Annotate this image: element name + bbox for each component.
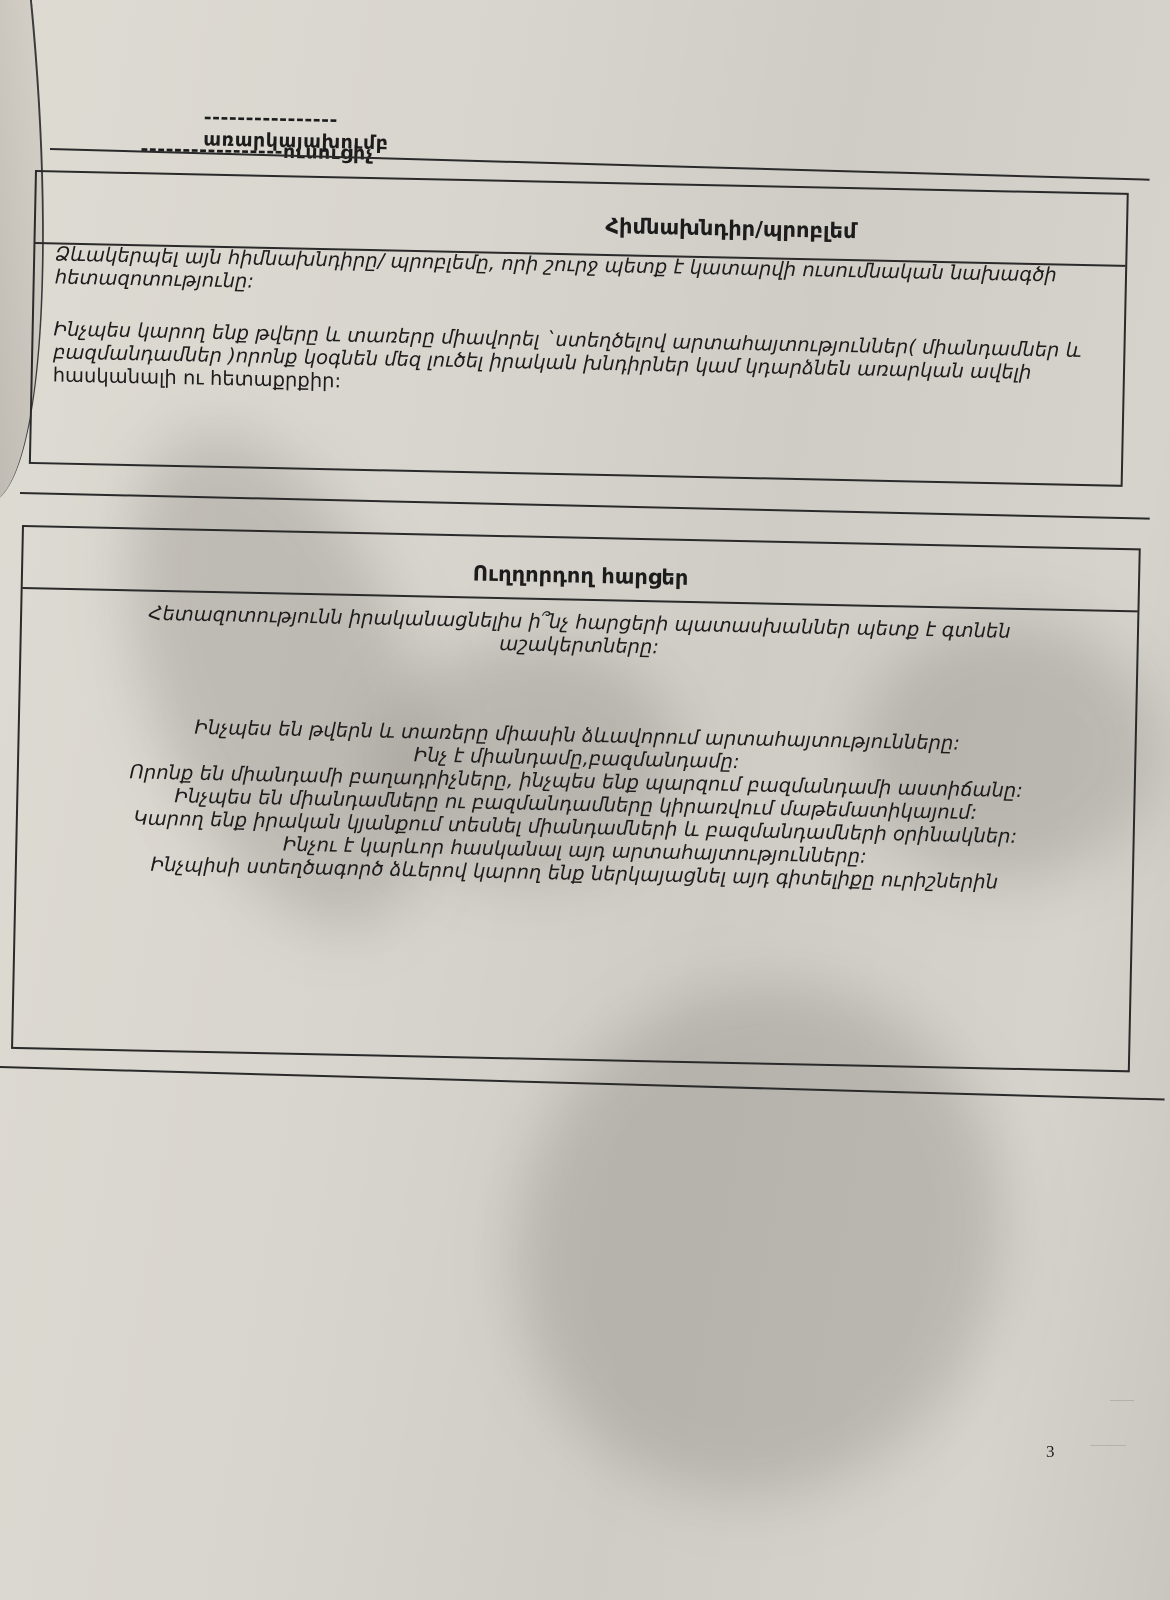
guiding-questions-intro: Հետազոտությունն իրականացնելիս ի՞նչ հարցե… — [21, 599, 1137, 668]
guiding-questions-list: Ինչպես են թվերն և տառերը միասին ձևավորու… — [17, 712, 1135, 896]
document-page: ‾ ‾‾‾‾‾ ---------------- առարկայախումբ -… — [0, 0, 1170, 1600]
main-problem-title: Հիմնախնդիր/պրոբլեմ — [36, 202, 1126, 249]
main-problem-body: Ինչպես կարող ենք թվերը և տառերը միավորել… — [52, 317, 1081, 408]
teacher-label: ուսուցիչ — [283, 141, 374, 165]
guiding-questions-box: Ուղղորդող հարցեր Հետազոտությունն իրականա… — [11, 525, 1141, 1072]
margin-mark: ‾‾‾‾‾‾ — [1090, 1445, 1126, 1456]
top-edge-mark: ‾ ‾‾‾‾‾ — [735, 0, 772, 7]
main-problem-box: Հիմնախնդիր/պրոբլեմ Ձևակերպել այն հիմնախն… — [29, 170, 1129, 487]
main-problem-instruction: Ձևակերպել այն հիմնախնդիրը/ պրոբլեմը, որի… — [55, 242, 1057, 309]
margin-mark: ‾‾‾‾ — [1110, 1400, 1134, 1411]
page-number: 3 — [1046, 1442, 1055, 1462]
